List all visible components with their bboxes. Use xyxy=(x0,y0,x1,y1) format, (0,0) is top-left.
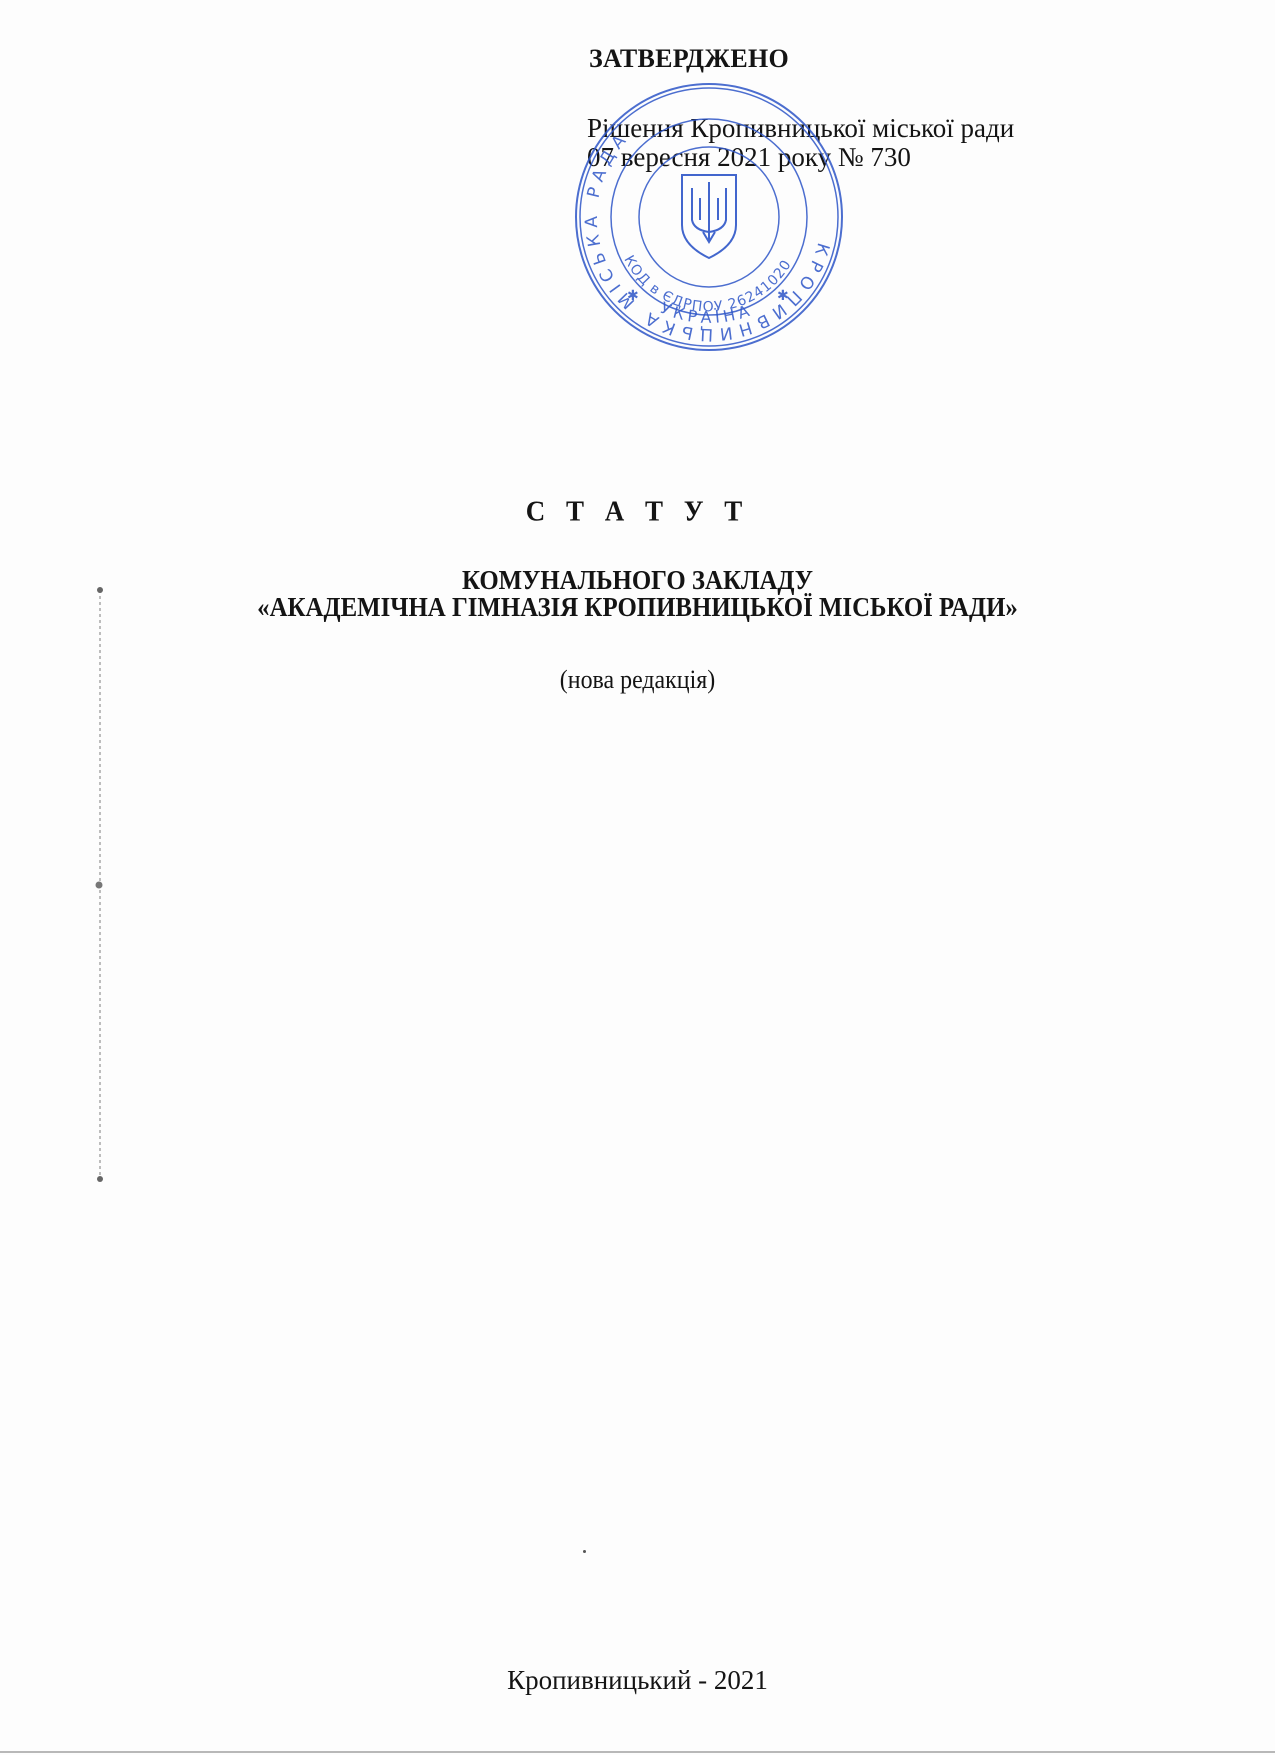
svg-text:✱: ✱ xyxy=(777,288,789,304)
trident-coat-of-arms-icon xyxy=(682,175,736,258)
place-and-year: Кропивницький - 2021 xyxy=(0,1665,1275,1696)
approved-label: ЗАТВЕРДЖЕНО xyxy=(589,44,789,74)
binding-thread xyxy=(90,585,110,1185)
svg-text:✱: ✱ xyxy=(627,288,639,304)
edition-note: (нова редакція) xyxy=(51,665,1224,695)
scan-speck xyxy=(583,1550,586,1553)
scan-edge-line xyxy=(0,1751,1275,1753)
organization-line-2: «АКАДЕМІЧНА ГІМНАЗІЯ КРОПИВНИЦЬКОЇ МІСЬК… xyxy=(51,592,1224,623)
official-stamp: КРОПИВНИЦЬКА МІСЬКА РАДА КОД в ЄДРПОУ 26… xyxy=(572,80,846,354)
document-title: С Т А Т У Т xyxy=(0,495,1275,528)
